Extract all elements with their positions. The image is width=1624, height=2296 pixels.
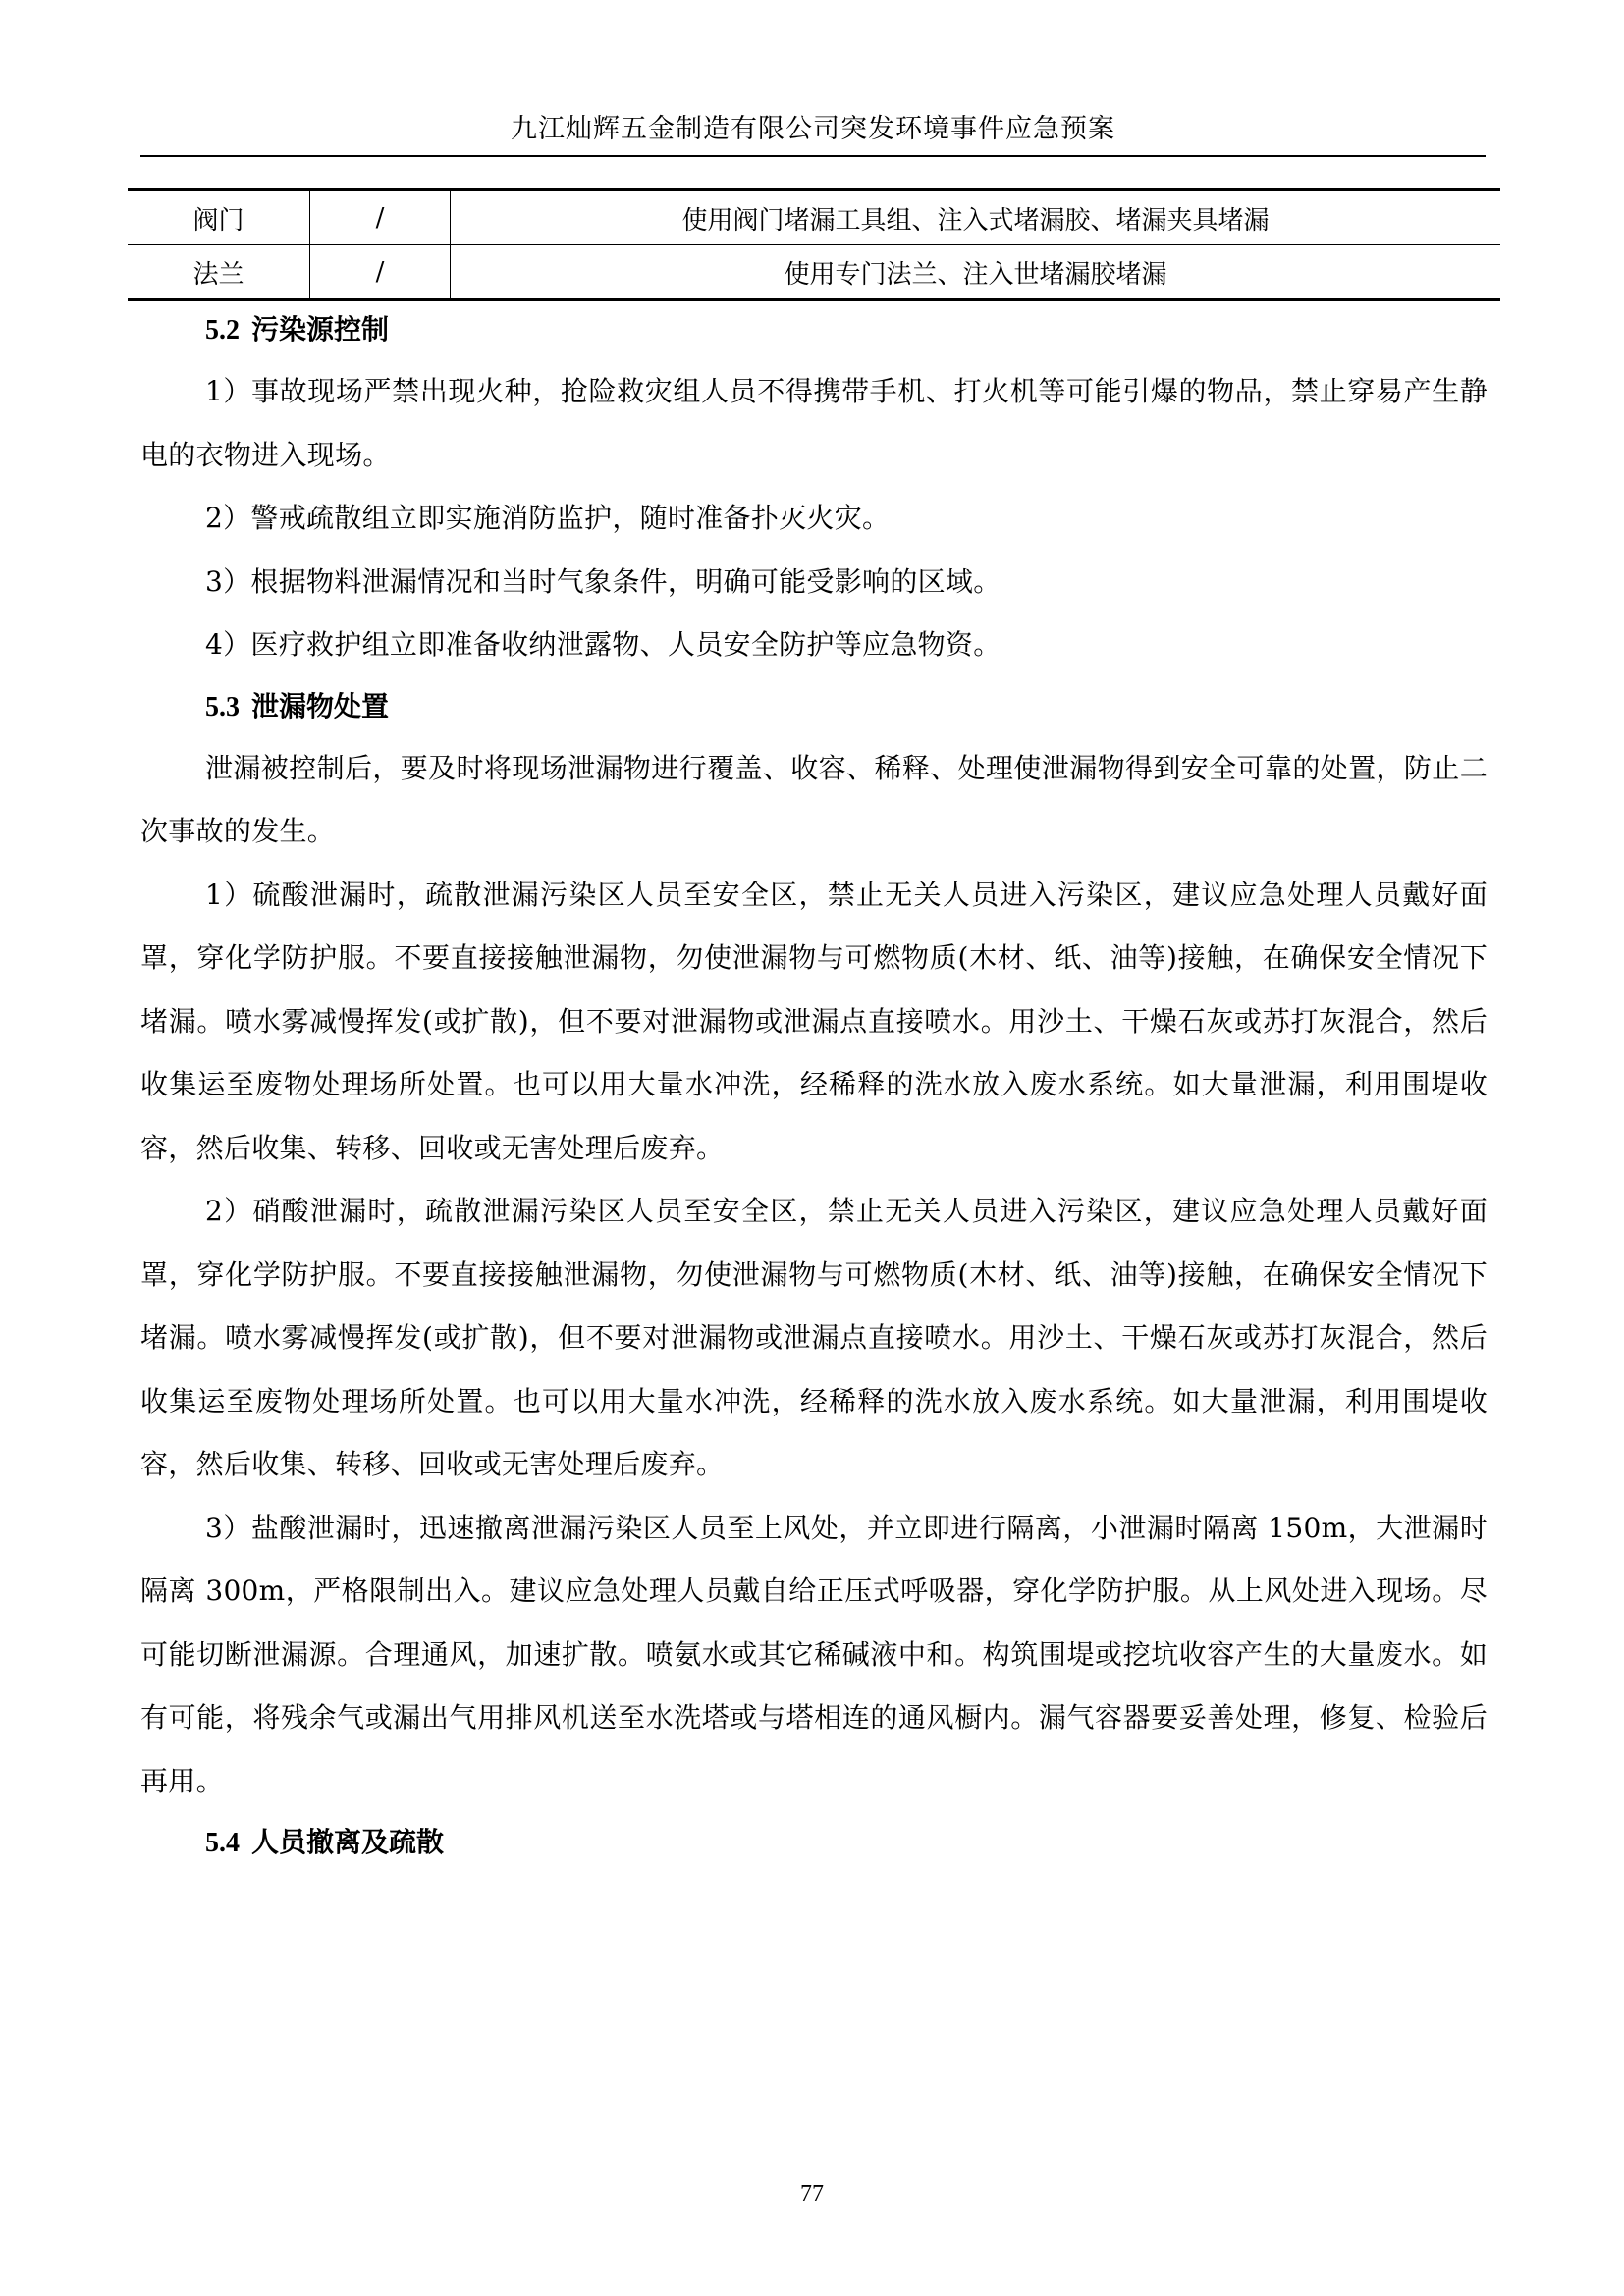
table-cell-spec: / xyxy=(310,245,451,300)
paragraph: 3）根据物料泄漏情况和当时气象条件，明确可能受影响的区域。 xyxy=(140,551,1488,614)
section-number: 5.4 xyxy=(205,1828,240,1858)
paragraph: 2）警戒疏散组立即实施消防监护，随时准备扑灭火灾。 xyxy=(140,487,1488,551)
section-title: 污染源控制 xyxy=(251,313,389,346)
paragraph: 4）医疗救护组立即准备收纳泄露物、人员安全防护等应急物资。 xyxy=(140,614,1488,677)
paragraph: 泄漏被控制后，要及时将现场泄漏物进行覆盖、收容、稀释、处理使泄漏物得到安全可靠的… xyxy=(140,737,1488,864)
paragraph: 3）盐酸泄漏时，迅速撤离泄漏污染区人员至上风处，并立即进行隔离，小泄漏时隔离 1… xyxy=(140,1497,1488,1814)
table-cell-location: 阀门 xyxy=(128,190,310,245)
table-row: 阀门 / 使用阀门堵漏工具组、注入式堵漏胶、堵漏夹具堵漏 xyxy=(128,190,1500,245)
table-cell-method: 使用阀门堵漏工具组、注入式堵漏胶、堵漏夹具堵漏 xyxy=(451,190,1501,245)
table-cell-method: 使用专门法兰、注入世堵漏胶堵漏 xyxy=(451,245,1501,300)
paragraph: 2）硝酸泄漏时，疏散泄漏污染区人员至安全区，禁止无关人员进入污染区，建议应急处理… xyxy=(140,1180,1488,1497)
section-number: 5.2 xyxy=(205,315,240,346)
page-header-title: 九江灿辉五金制造有限公司突发环境事件应急预案 xyxy=(140,110,1486,149)
page-number: 77 xyxy=(0,2181,1624,2208)
header-divider xyxy=(140,155,1486,157)
section-number: 5.3 xyxy=(205,692,240,722)
paragraph: 1）硫酸泄漏时，疏散泄漏污染区人员至安全区，禁止无关人员进入污染区，建议应急处理… xyxy=(140,864,1488,1181)
section-heading-5-4: 5.4人员撤离及疏散 xyxy=(140,1813,1488,1873)
section-title: 泄漏物处置 xyxy=(251,690,389,722)
document-body: 5.2污染源控制 1）事故现场严禁出现火种，抢险救灾组人员不得携带手机、打火机等… xyxy=(140,300,1488,1873)
section-heading-5-2: 5.2污染源控制 xyxy=(140,300,1488,360)
section-title: 人员撤离及疏散 xyxy=(251,1826,444,1858)
leak-plugging-table: 阀门 / 使用阀门堵漏工具组、注入式堵漏胶、堵漏夹具堵漏 法兰 / 使用专门法兰… xyxy=(128,188,1500,301)
table-cell-spec: / xyxy=(310,190,451,245)
section-heading-5-3: 5.3泄漏物处置 xyxy=(140,677,1488,737)
table-row: 法兰 / 使用专门法兰、注入世堵漏胶堵漏 xyxy=(128,245,1500,300)
table-cell-location: 法兰 xyxy=(128,245,310,300)
paragraph: 1）事故现场严禁出现火种，抢险救灾组人员不得携带手机、打火机等可能引爆的物品，禁… xyxy=(140,360,1488,487)
